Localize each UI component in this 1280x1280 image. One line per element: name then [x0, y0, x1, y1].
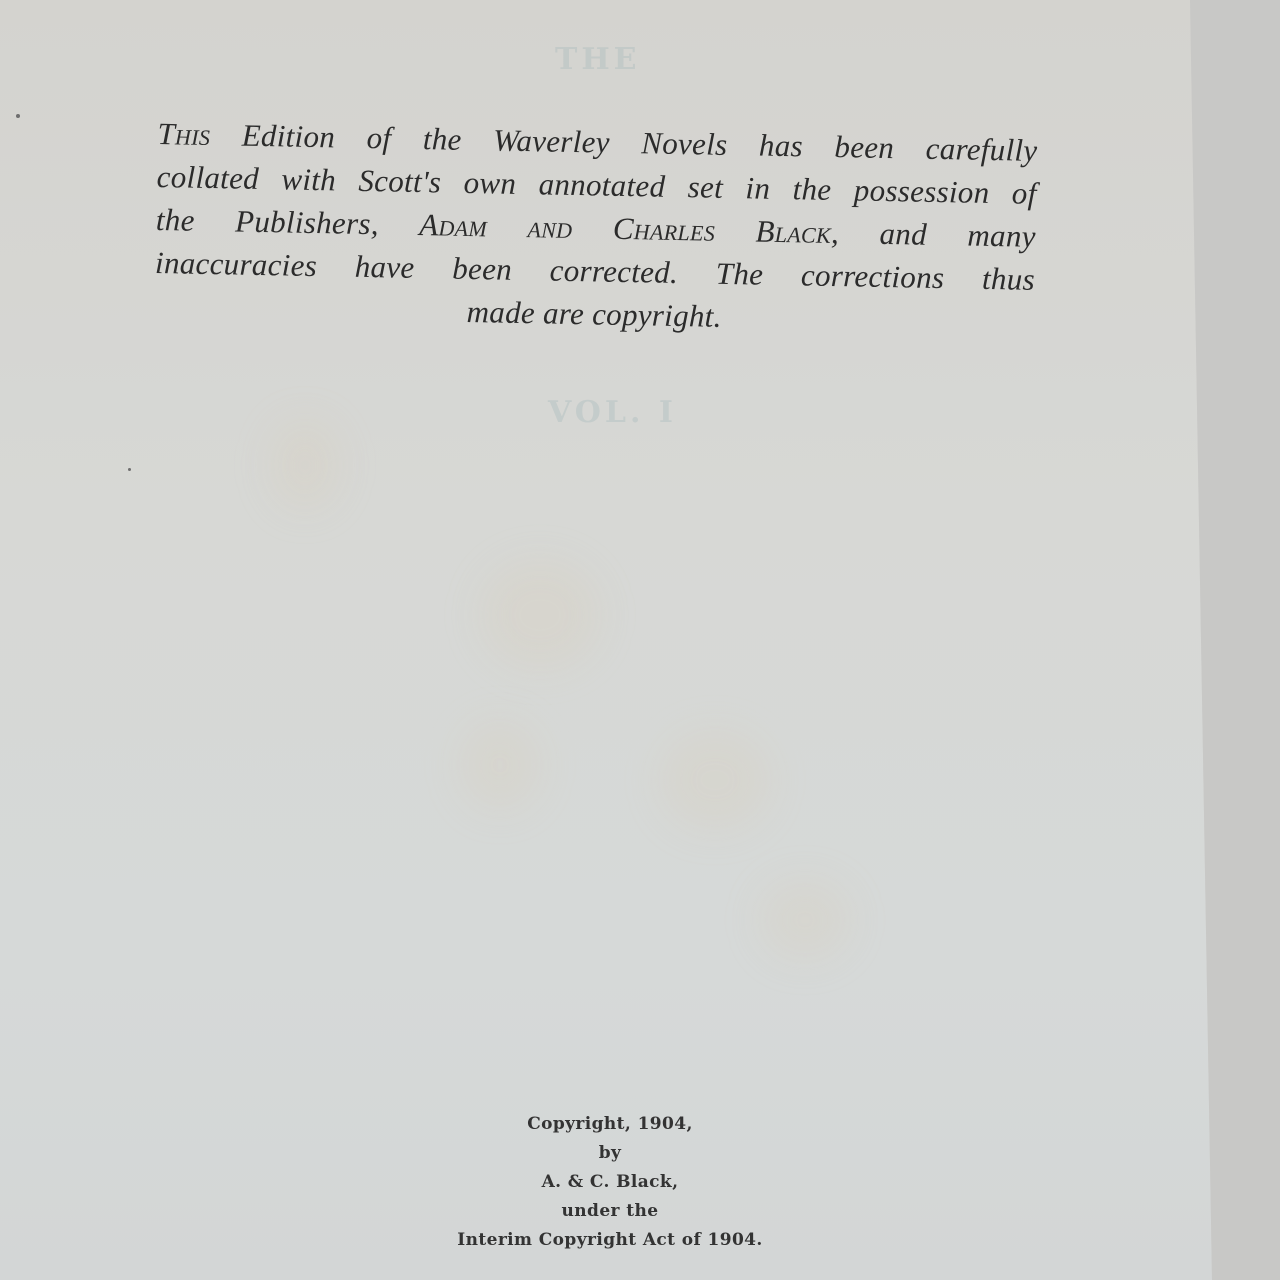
foxing-stain: [460, 720, 540, 810]
copyright-line-2: by: [400, 1139, 820, 1168]
foxing-stain: [480, 560, 600, 670]
paper-speck: [128, 468, 131, 471]
foxing-stain: [660, 730, 770, 830]
paper-speck: [16, 114, 20, 118]
publisher-name: Adam and Charles Black: [419, 207, 831, 250]
foxing-stain: [270, 420, 340, 510]
copyright-line-1: Copyright, 1904,: [400, 1110, 820, 1139]
copyright-line-3: A. & C. Black,: [400, 1168, 820, 1197]
bleed-through-title: THE: [555, 42, 641, 77]
foxing-stain: [760, 880, 850, 960]
edition-notice: This Edition of the Waverley Novels has …: [154, 112, 1038, 344]
copyright-line-5: Interim Copyright Act of 1904.: [400, 1226, 820, 1255]
copyright-block: Copyright, 1904, by A. & C. Black, under…: [400, 1110, 820, 1255]
notice-small-caps: This: [157, 116, 210, 152]
bleed-through-volume: VOL. I: [548, 395, 677, 430]
copyright-line-4: under the: [400, 1197, 820, 1226]
